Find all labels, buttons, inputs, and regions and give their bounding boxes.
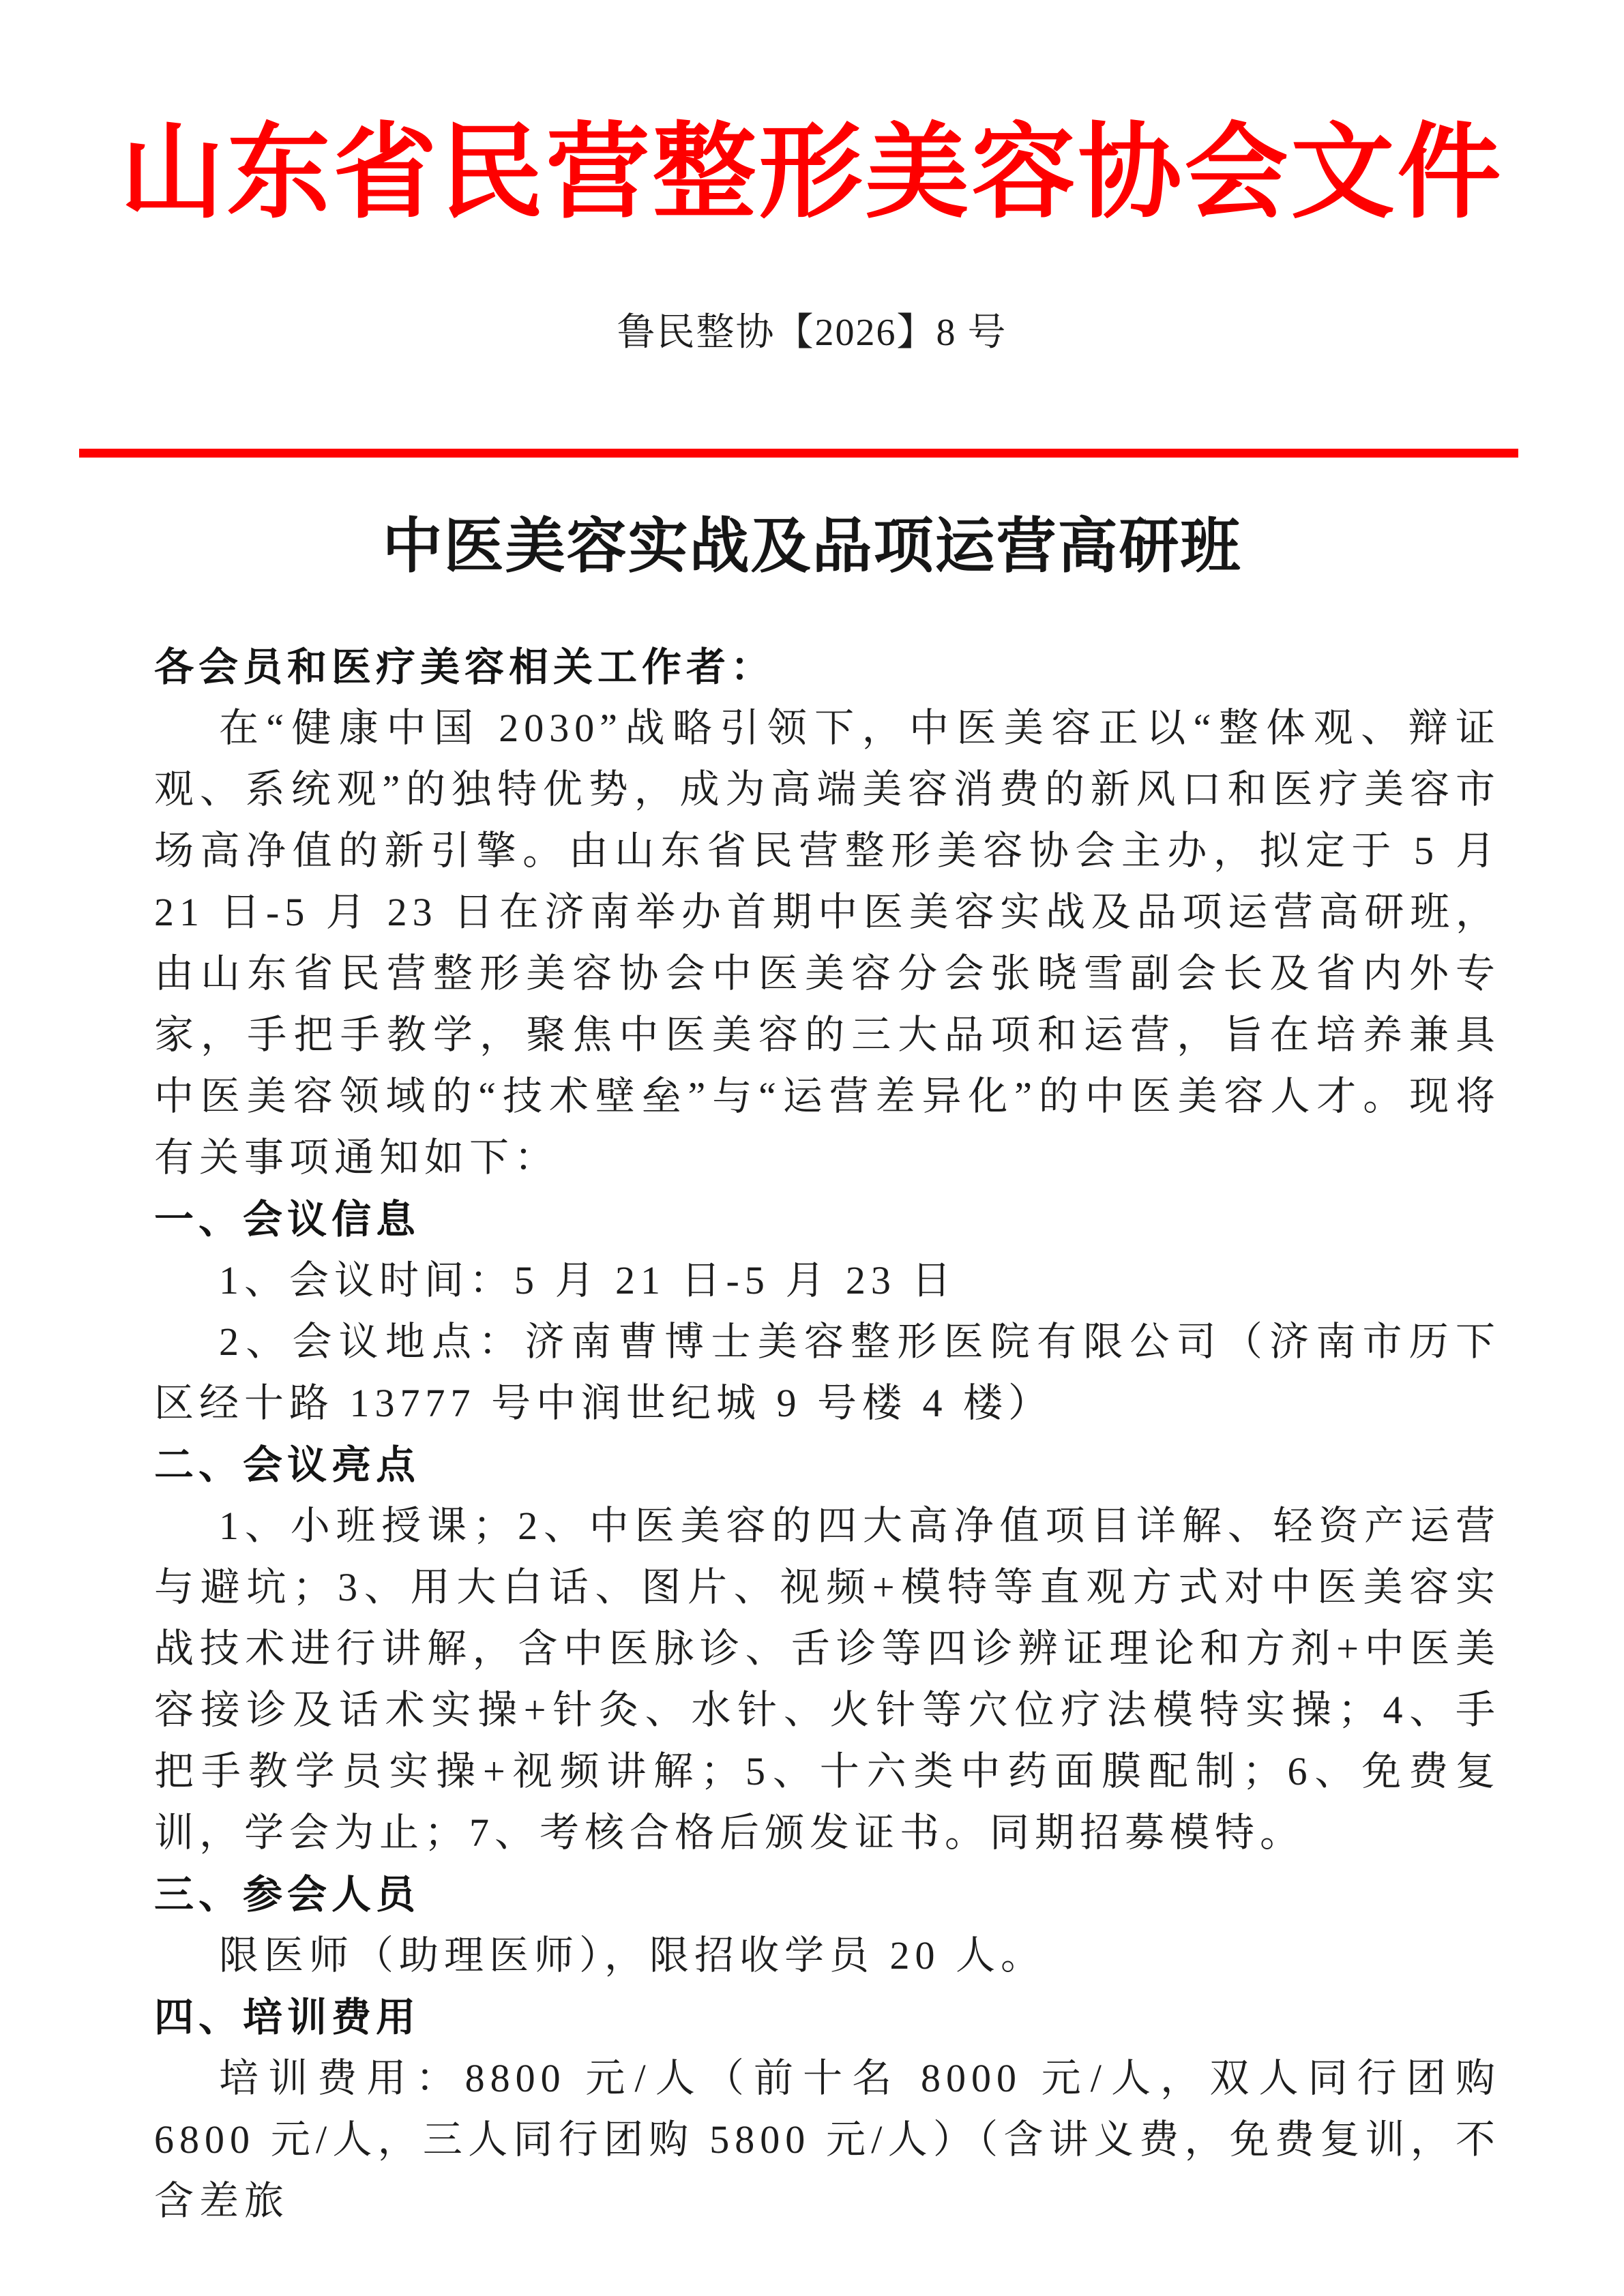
red-divider-line [79, 449, 1518, 458]
paragraph: 1、小班授课；2、中医美容的四大高净值项目详解、轻资产运营与避坑；3、用大白话、… [154, 1495, 1501, 1864]
paragraph: 2、会议地点：济南曹博士美容整形医院有限公司（济南市历下区经十路 13777 号… [154, 1311, 1501, 1434]
paragraph: 在“健康中国 2030”战略引领下，中医美容正以“整体观、辩证观、系统观”的独特… [154, 698, 1501, 1189]
official-document-page: 山东省民营整形美容协会文件 鲁民整协【2026】8 号 中医美容实战及品项运营高… [0, 0, 1624, 2296]
paragraph: 培训费用：8800 元/人（前十名 8000 元/人，双人同行团购 6800 元… [154, 2048, 1501, 2232]
section-heading: 二、会议亮点 [154, 1434, 1501, 1495]
document-number: 鲁民整协【2026】8 号 [0, 301, 1624, 364]
section-heading: 四、培训费用 [154, 1986, 1501, 2048]
section-heading: 一、会议信息 [154, 1189, 1501, 1250]
paragraph: 1、会议时间：5 月 21 日-5 月 23 日 [154, 1250, 1501, 1311]
red-header-org-title: 山东省民营整形美容协会文件 [0, 101, 1624, 245]
document-title: 中医美容实战及品项运营高研班 [0, 505, 1624, 591]
document-body: 各会员和医疗美容相关工作者：在“健康中国 2030”战略引领下，中医美容正以“整… [154, 636, 1501, 2232]
paragraph: 限医师（助理医师），限招收学员 20 人。 [154, 1925, 1501, 1986]
paragraph: 各会员和医疗美容相关工作者： [154, 636, 1501, 698]
section-heading: 三、参会人员 [154, 1864, 1501, 1925]
